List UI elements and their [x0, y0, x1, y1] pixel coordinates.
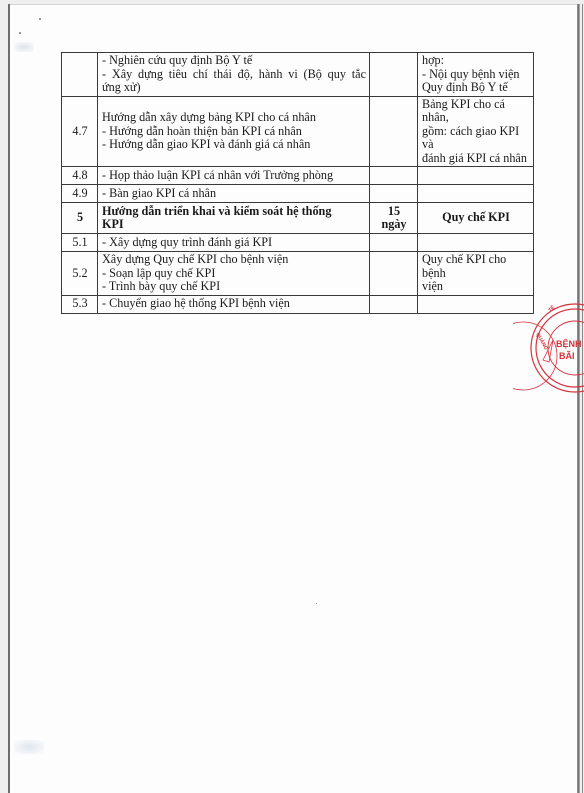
task-line: - Nghiên cứu quy định Bộ Y tế: [102, 54, 366, 68]
task-description: Hướng dẫn triển khai và kiểm soát hệ thố…: [98, 203, 370, 234]
task-number: 4.8: [62, 167, 98, 185]
task-line: ứng xử): [102, 81, 366, 95]
task-duration: [370, 185, 418, 203]
task-number: 4.7: [62, 96, 98, 167]
task-duration: [370, 53, 418, 97]
task-duration: 15ngày: [370, 203, 418, 234]
task-duration: [370, 96, 418, 167]
hospital-stamp: BỆNH BÃI QUẢNG TẾ: [513, 300, 584, 400]
task-line: - Soạn lập quy chế KPI: [102, 267, 366, 281]
task-duration: [370, 167, 418, 185]
kpi-task-table: - Nghiên cứu quy định Bộ Y tế- Xây dựng …: [61, 52, 534, 314]
task-number: 5.2: [62, 252, 98, 296]
task-number: 5.3: [62, 295, 98, 313]
table-row: 5.2Xây dựng Quy chế KPI cho bệnh viện- S…: [62, 252, 534, 296]
stamp-text-1: BỆNH: [556, 338, 582, 349]
output-line: đánh giá KPI cá nhân: [422, 152, 530, 166]
task-description: - Xây dựng quy trình đánh giá KPI: [98, 234, 370, 252]
task-description: - Bàn giao KPI cá nhân: [98, 185, 370, 203]
task-number: 4.9: [62, 185, 98, 203]
task-line: Xây dựng Quy chế KPI cho bệnh viện: [102, 253, 366, 267]
task-line: - Chuyển giao hệ thống KPI bệnh viện: [102, 297, 366, 311]
task-output: hợp:- Nội quy bệnh việnQuy định Bộ Y tế: [418, 53, 534, 97]
task-description: Hướng dẫn xây dựng bảng KPI cho cá nhân-…: [98, 96, 370, 167]
table-row: 4.8- Họp thảo luận KPI cá nhân với Trưởn…: [62, 167, 534, 185]
task-number: 5.1: [62, 234, 98, 252]
duration-line: ngày: [374, 218, 414, 232]
duration-line: 15: [374, 205, 414, 219]
task-line: - Trình bày quy chế KPI: [102, 280, 366, 294]
task-line: Hướng dẫn xây dựng bảng KPI cho cá nhân: [102, 111, 366, 125]
scan-smudge: [14, 740, 44, 754]
task-output: [418, 234, 534, 252]
table-row: 5.3- Chuyển giao hệ thống KPI bệnh viện: [62, 295, 534, 313]
task-line: - Bàn giao KPI cá nhân: [102, 187, 366, 201]
output-line: Quy chế KPI: [422, 211, 530, 225]
scan-dot: [39, 18, 41, 20]
task-description: - Chuyển giao hệ thống KPI bệnh viện: [98, 295, 370, 313]
task-line: - Xây dựng tiêu chí thái độ, hành vi (Bộ…: [102, 68, 366, 82]
stamp-text-2: BÃI: [559, 351, 575, 361]
task-duration: [370, 234, 418, 252]
task-description: Xây dựng Quy chế KPI cho bệnh viện- Soạn…: [98, 252, 370, 296]
task-line: - Họp thảo luận KPI cá nhân với Trưởng p…: [102, 169, 366, 183]
table-row: 4.7Hướng dẫn xây dựng bảng KPI cho cá nh…: [62, 96, 534, 167]
task-output: Quy chế KPI: [418, 203, 534, 234]
scan-dot: [19, 32, 21, 34]
page-left-edge: [8, 4, 10, 793]
task-duration: [370, 252, 418, 296]
task-line: Hướng dẫn triển khai và kiểm soát hệ thố…: [102, 205, 366, 219]
output-line: viện: [422, 280, 530, 294]
task-line: - Hướng dẫn giao KPI và đánh giá cá nhân: [102, 138, 366, 152]
stamp-icon: BỆNH BÃI QUẢNG TẾ: [513, 300, 584, 400]
output-line: - Nội quy bệnh viện: [422, 68, 530, 82]
task-output: Quy chế KPI cho bệnhviện: [418, 252, 534, 296]
task-number: 5: [62, 203, 98, 234]
task-duration: [370, 295, 418, 313]
table-row: 5.1- Xây dựng quy trình đánh giá KPI: [62, 234, 534, 252]
output-line: Quy định Bộ Y tế: [422, 81, 530, 95]
output-line: gồm: cách giao KPI và: [422, 125, 530, 152]
task-description: - Họp thảo luận KPI cá nhân với Trưởng p…: [98, 167, 370, 185]
task-line: - Xây dựng quy trình đánh giá KPI: [102, 236, 366, 250]
task-output: Bảng KPI cho cá nhân,gồm: cách giao KPI …: [418, 96, 534, 167]
task-output: [418, 185, 534, 203]
scan-dot: [316, 603, 317, 604]
task-description: - Nghiên cứu quy định Bộ Y tế- Xây dựng …: [98, 53, 370, 97]
output-line: hợp:: [422, 54, 530, 68]
stamp-text-4: TẾ: [547, 304, 557, 314]
table-row: 4.9- Bàn giao KPI cá nhân: [62, 185, 534, 203]
task-number: [62, 53, 98, 97]
task-output: [418, 167, 534, 185]
output-line: Quy chế KPI cho bệnh: [422, 253, 530, 280]
output-line: Bảng KPI cho cá nhân,: [422, 98, 530, 125]
task-line: KPI: [102, 218, 366, 232]
task-line: - Hướng dẫn hoàn thiện bản KPI cá nhân: [102, 125, 366, 139]
scan-smudge: [14, 42, 34, 52]
table-row: 5Hướng dẫn triển khai và kiểm soát hệ th…: [62, 203, 534, 234]
table-row: - Nghiên cứu quy định Bộ Y tế- Xây dựng …: [62, 53, 534, 97]
